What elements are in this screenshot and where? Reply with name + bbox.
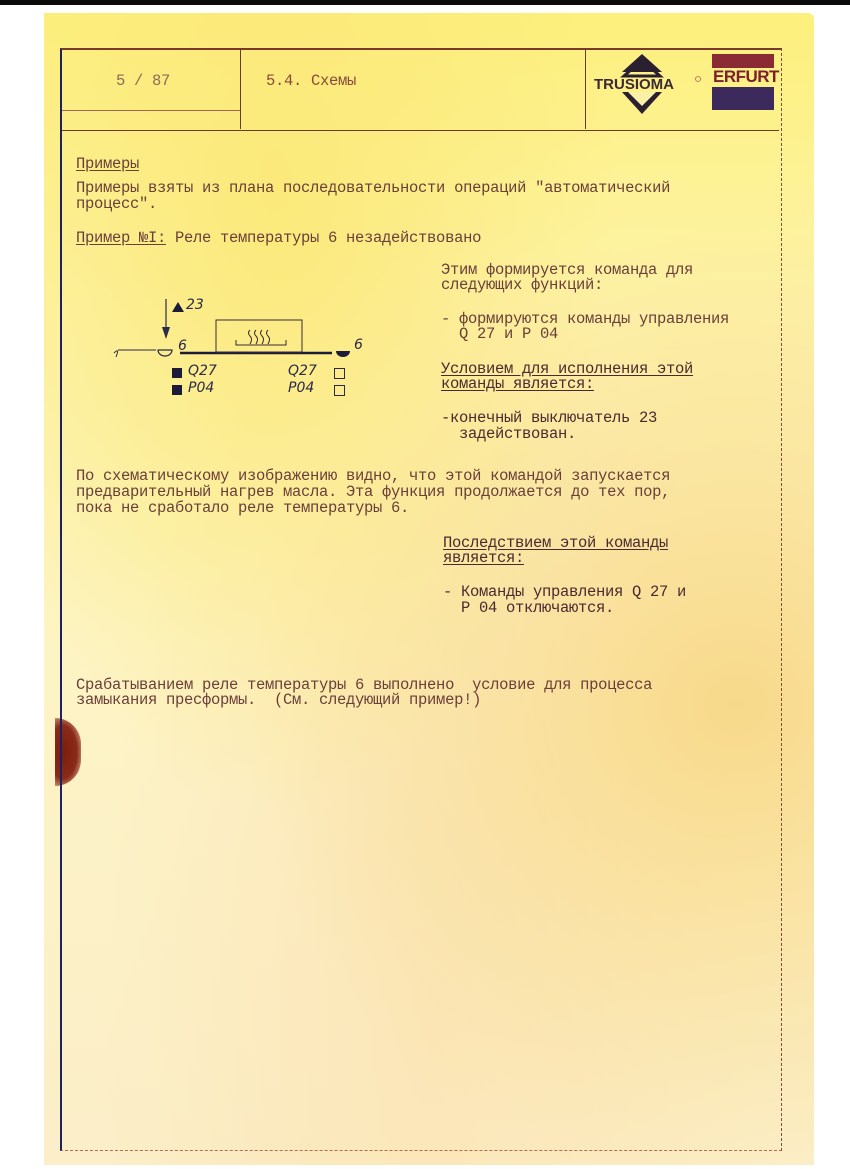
header-divider xyxy=(240,49,241,129)
output-on-icon xyxy=(172,385,182,395)
relay-closed-icon xyxy=(336,351,350,357)
svg-text:TRUSIOMA: TRUSIOMA xyxy=(594,76,674,93)
output-right-label: P04 xyxy=(288,380,314,396)
command-item: Q 27 и P 04 xyxy=(441,326,558,342)
output-on-icon xyxy=(172,368,182,378)
description-line: По схематическому изображению видно, что… xyxy=(76,468,670,484)
output-off-icon xyxy=(334,368,345,379)
intro-heading: Примеры xyxy=(76,156,139,172)
schematic-diagram: 23 6 6 Q27 P04 Q27 P04 xyxy=(110,295,380,405)
header-divider xyxy=(585,49,586,129)
description-line: пока не сработало реле температуры 6. xyxy=(76,500,409,516)
section-title: 5.4. Схемы xyxy=(266,73,356,89)
heater-box xyxy=(216,320,302,352)
example-title: Пример №I: Реле температуры 6 незадейств… xyxy=(76,230,481,246)
limit-switch-triangle-icon xyxy=(172,302,184,312)
command-intro: следующих функций: xyxy=(441,277,603,293)
consequence-heading: является: xyxy=(443,550,524,566)
limit-switch-label: 23 xyxy=(186,297,204,313)
output-left-label: Q27 xyxy=(188,363,217,379)
relay-open-icon xyxy=(158,350,172,356)
conclusion-line: замыкания пресформы. (См. следующий прим… xyxy=(76,692,481,708)
header-divider xyxy=(62,110,240,111)
output-right-label: Q27 xyxy=(288,363,317,379)
erfurt-logo: ERFURT xyxy=(712,54,774,110)
header-bottom-rule xyxy=(62,130,779,131)
output-off-icon xyxy=(334,385,345,396)
consequence-item: P 04 отключаются. xyxy=(443,600,614,616)
output-left-label: P04 xyxy=(188,380,214,396)
intro-line: процесс". xyxy=(76,196,157,212)
intro-line: Примеры взяты из плана последовательност… xyxy=(76,180,670,196)
description-line: предварительный нагрев масла. Эта функци… xyxy=(76,484,670,500)
condition-item: -конечный выключатель 23 xyxy=(441,410,657,426)
scan-top-border xyxy=(0,0,850,5)
trusioma-logo: TRUSIOMA xyxy=(594,52,704,118)
example-title-text: Реле температуры 6 незадействовано xyxy=(166,229,481,247)
heating-icon xyxy=(249,330,270,344)
example-label: Пример №I: xyxy=(76,229,166,247)
trusioma-diamond-icon: TRUSIOMA xyxy=(594,52,704,118)
relay-left-label: 6 xyxy=(178,338,187,354)
condition-item: задействован. xyxy=(441,426,576,442)
consequence-item: - Команды управления Q 27 и xyxy=(443,584,686,600)
relay-right-label: 6 xyxy=(354,337,363,353)
condition-heading: команды является: xyxy=(441,376,594,392)
page-number: 5 / 87 xyxy=(116,73,170,89)
